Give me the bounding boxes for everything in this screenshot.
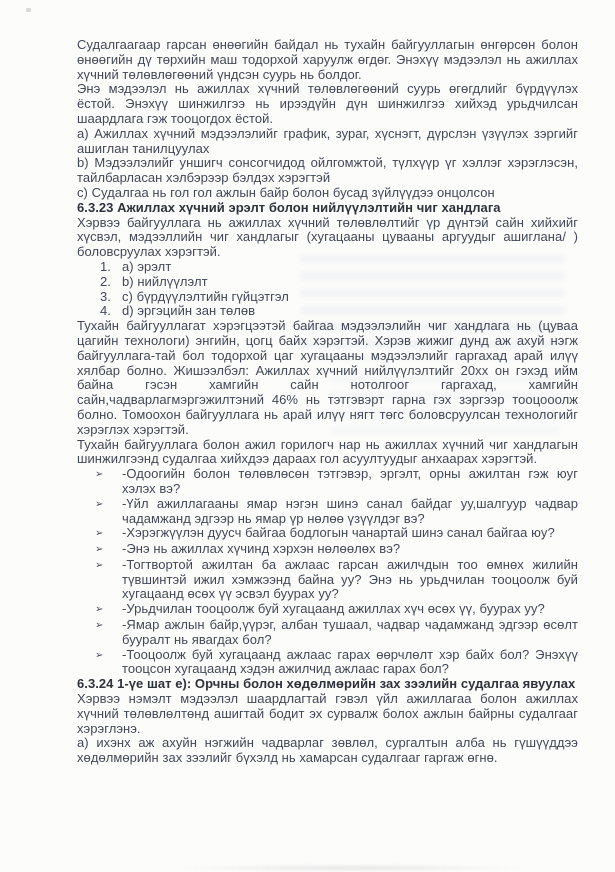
numbered-list-item: 4. d) эргэцийн зан төлөв [77, 304, 578, 319]
paragraph-trend: Хэрвээ байгууллага нь ажиллах хүчний төл… [77, 216, 578, 260]
numbered-item-text: a) эрэлт [122, 260, 171, 275]
question-bullet-item: ➢ -Тогтвортой ажилтан ба ажлаас гарсан а… [77, 558, 578, 602]
question-bullet-item: ➢ -Урьдчилан тооцоолж буй хугацаанд ажил… [77, 602, 578, 618]
question-text: -Одоогийн болон төлөвлөсөн тэтгэвэр, эрг… [122, 467, 578, 497]
question-bullet-item: ➢ -Энэ нь ажиллах хүчинд хэрхэн нөлөөлөх… [77, 542, 578, 558]
numbered-item-text: c) бүрдүүлэлтийн гүйцэтгэл [122, 290, 289, 305]
arrowhead-bullet-icon: ➢ [95, 618, 122, 648]
paragraph-market-2: а) ихэнх аж ахуйн нэгжийн чадварлаг зөвл… [77, 736, 578, 766]
question-bullet-item: ➢ -Тооцоолж буй хугацаанд ажлаас гарах ө… [77, 648, 578, 678]
question-text: -Энэ нь ажиллах хүчинд хэрхэн нөлөөлөх в… [122, 542, 578, 558]
paragraph-questions-lead: Тухайн байгууллага болон ажил горилогч н… [77, 438, 578, 468]
document-text-block: Судалгаагаар гарсан өнөөгийн байдал нь т… [77, 38, 578, 766]
arrowhead-bullet-icon: ➢ [95, 648, 122, 678]
question-text: -Тооцоолж буй хугацаанд ажлаас гарах өөр… [122, 648, 578, 678]
list-number: 2. [100, 275, 122, 290]
question-text: -Ямар ажлын байр,үүрэг, албан тушаал, ча… [122, 618, 578, 648]
question-text: -Тогтвортой ажилтан ба ажлаас гарсан ажи… [122, 558, 578, 602]
list-item-c: c) Судалгаа нь гол гол ажлын байр болон … [77, 186, 578, 201]
arrowhead-bullet-icon: ➢ [95, 526, 122, 542]
section-heading-6-3-23: 6.3.23 Ажиллах хүчний эрэлт болон нийлүү… [77, 201, 578, 216]
section-heading-6-3-24: 6.3.24 1-үе шат е): Орчны болон хөдөлмөр… [77, 677, 578, 692]
numbered-list-item: 2. b) нийлүүлэлт [77, 275, 578, 290]
question-text: -Урьдчилан тооцоолж буй хугацаанд ажилла… [122, 602, 578, 618]
paragraph-intro-2: Энэ мэдээлэл нь ажиллах хүчний төлөвлөгө… [77, 82, 578, 126]
question-bullet-item: ➢ -Одоогийн болон төлөвлөсөн тэтгэвэр, э… [77, 467, 578, 497]
numbered-item-text: d) эргэцийн зан төлөв [122, 304, 255, 319]
page-bottom-shadow [172, 864, 529, 872]
list-item-a: а) Ажиллах хүчний мэдээлэлийг график, зу… [77, 127, 578, 157]
arrowhead-bullet-icon: ➢ [95, 542, 122, 558]
question-text: -Хэрэгжүүлэн дуусч байгаа бодлогын чанар… [122, 526, 578, 542]
numbered-list-item: 1. a) эрэлт [77, 260, 578, 275]
arrowhead-bullet-icon: ➢ [95, 497, 122, 527]
question-bullet-item: ➢ -Үйл ажиллагааны ямар нэгэн шинэ санал… [77, 497, 578, 527]
arrowhead-bullet-icon: ➢ [95, 467, 122, 497]
paragraph-intro-1: Судалгаагаар гарсан өнөөгийн байдал нь т… [77, 38, 578, 82]
question-bullet-item: ➢ -Ямар ажлын байр,үүрэг, албан тушаал, … [77, 618, 578, 648]
list-item-b: b) Мэдээлэлийг уншигч сонсогчидод ойлгом… [77, 156, 578, 186]
numbered-list-item: 3. c) бүрдүүлэлтийн гүйцэтгэл [77, 290, 578, 305]
arrowhead-bullet-icon: ➢ [95, 602, 122, 618]
numbered-item-text: b) нийлүүлэлт [122, 275, 208, 290]
arrowhead-bullet-icon: ➢ [95, 558, 122, 602]
question-bullet-item: ➢ -Хэрэгжүүлэн дуусч байгаа бодлогын чан… [77, 526, 578, 542]
list-number: 1. [100, 260, 122, 275]
list-number: 4. [100, 304, 122, 319]
question-text: -Үйл ажиллагааны ямар нэгэн шинэ санал б… [122, 497, 578, 527]
list-number: 3. [100, 290, 122, 305]
scan-speck-artifact [26, 8, 31, 12]
paragraph-market-1: Хэрвээ нэмэлт мэдээлэл шаардлагтай гэвэл… [77, 692, 578, 736]
paragraph-technology: Тухайн байгууллагат хэрэгцээтэй байгаа м… [77, 319, 578, 437]
scanned-document-page: Судалгаагаар гарсан өнөөгийн байдал нь т… [0, 0, 615, 872]
